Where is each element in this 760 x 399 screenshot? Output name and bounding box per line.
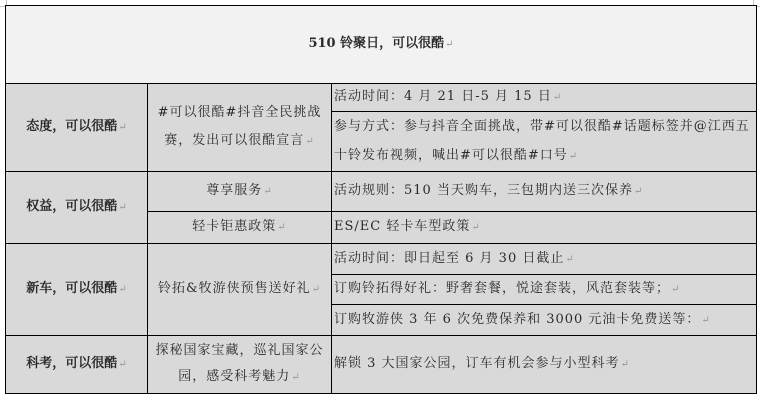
- sub-item-cell: 尊享服务↵: [148, 172, 332, 212]
- category-cell: 新车，可以很酷↵: [6, 244, 148, 336]
- sub-item-label: 轻卡钜惠政策: [192, 219, 276, 234]
- detail-cell: ES/EC 轻卡车型政策↵: [332, 212, 757, 244]
- category-label: 科考，可以很酷: [26, 356, 117, 371]
- detail-text: 解锁 3 大国家公园，订车有机会参与小型科考: [334, 356, 620, 371]
- detail-cell: 订购牧游侠 3 年 6 次免费保养和 3000 元油卡免费送等：↵: [332, 305, 757, 336]
- paragraph-mark-icon: ↵: [277, 222, 286, 233]
- paragraph-mark-icon: ↵: [671, 284, 680, 295]
- detail-text: 活动规则：510 当天购车，三包期内送三次保养: [334, 183, 633, 198]
- detail-cell: 订购铃拓得好礼：野奢套餐，悦途套装，风范套装等；↵: [332, 275, 757, 305]
- category-cell: 科考，可以很酷↵: [6, 336, 148, 394]
- detail-text: 参与方式：参与抖音全面挑战，带#可以很酷#话题标签并@江西五十铃发布视频，喊出#…: [334, 119, 750, 163]
- paragraph-mark-icon: ↵: [118, 122, 126, 133]
- table-row: 科考，可以很酷↵ 探秘国家宝藏，巡礼国家公园，感受科考魅力↵ 解锁 3 大国家公…: [6, 336, 757, 394]
- paragraph-mark-icon: ↵: [569, 151, 578, 162]
- detail-text: 活动时间：4 月 21 日-5 月 15 日: [334, 89, 552, 104]
- table-title-cell: 510 铃聚日，可以很酷↵: [6, 6, 757, 84]
- detail-cell: 活动时间：4 月 21 日-5 月 15 日↵: [332, 84, 757, 112]
- category-cell: 权益，可以很酷↵: [6, 172, 148, 244]
- detail-cell: 参与方式：参与抖音全面挑战，带#可以很酷#话题标签并@江西五十铃发布视频，喊出#…: [332, 112, 757, 172]
- table-row: 权益，可以很酷↵ 尊享服务↵ 活动规则：510 当天购车，三包期内送三次保养↵: [6, 172, 757, 212]
- detail-text: 活动时间：即日起至 6 月 30 日截止: [334, 251, 564, 266]
- detail-text: 订购牧游侠 3 年 6 次免费保养和 3000 元油卡免费送等：: [334, 312, 700, 327]
- paragraph-mark-icon: ↵: [621, 359, 630, 370]
- sub-item-label: 尊享服务: [206, 183, 262, 198]
- paragraph-mark-icon: ↵: [118, 359, 126, 370]
- sub-item-cell: 探秘国家宝藏，巡礼国家公园，感受科考魅力↵: [148, 336, 332, 394]
- paragraph-mark-icon: ↵: [118, 284, 126, 295]
- category-cell: 态度，可以很酷↵: [6, 84, 148, 172]
- paragraph-mark-icon: ↵: [118, 202, 126, 213]
- table-row: 态度，可以很酷↵ #可以很酷#抖音全民挑战赛，发出可以很酷宣言↵ 活动时间：4 …: [6, 84, 757, 112]
- sub-item-label: 铃拓&牧游侠预售送好礼: [158, 281, 311, 296]
- category-label: 新车，可以很酷: [26, 281, 117, 296]
- paragraph-mark-icon: ↵: [634, 186, 643, 197]
- paragraph-mark-icon: ↵: [565, 254, 574, 265]
- detail-cell: 解锁 3 大国家公园，订车有机会参与小型科考↵: [332, 336, 757, 394]
- detail-cell: 活动时间：即日起至 6 月 30 日截止↵: [332, 244, 757, 275]
- sub-item-cell: 铃拓&牧游侠预售送好礼↵: [148, 244, 332, 336]
- title-row: 510 铃聚日，可以很酷↵: [6, 6, 757, 84]
- paragraph-mark-icon: ↵: [291, 372, 300, 383]
- paragraph-mark-icon: ↵: [263, 186, 272, 197]
- paragraph-mark-icon: ↵: [553, 92, 562, 103]
- category-label: 态度，可以很酷: [26, 119, 117, 134]
- paragraph-mark-icon: ↵: [471, 222, 480, 233]
- paragraph-mark-icon: ↵: [701, 315, 710, 326]
- detail-cell: 活动规则：510 当天购车，三包期内送三次保养↵: [332, 172, 757, 212]
- table-row: 新车，可以很酷↵ 铃拓&牧游侠预售送好礼↵ 活动时间：即日起至 6 月 30 日…: [6, 244, 757, 275]
- detail-text: 订购铃拓得好礼：野奢套餐，悦途套装，风范套装等；: [334, 281, 670, 296]
- category-label: 权益，可以很酷: [26, 199, 117, 214]
- paragraph-mark-icon: ↵: [312, 284, 321, 295]
- campaign-table: 510 铃聚日，可以很酷↵ 态度，可以很酷↵ #可以很酷#抖音全民挑战赛，发出可…: [5, 5, 757, 394]
- paragraph-mark-icon: ↵: [445, 39, 453, 50]
- detail-text: ES/EC 轻卡车型政策: [334, 219, 470, 234]
- sub-item-label: #可以很酷#抖音全民挑战赛，发出可以很酷宣言: [158, 105, 322, 148]
- sub-item-cell: #可以很酷#抖音全民挑战赛，发出可以很酷宣言↵: [148, 84, 332, 172]
- table-title: 510 铃聚日，可以很酷: [308, 36, 444, 51]
- sub-item-cell: 轻卡钜惠政策↵: [148, 212, 332, 244]
- paragraph-mark-icon: ↵: [305, 136, 314, 147]
